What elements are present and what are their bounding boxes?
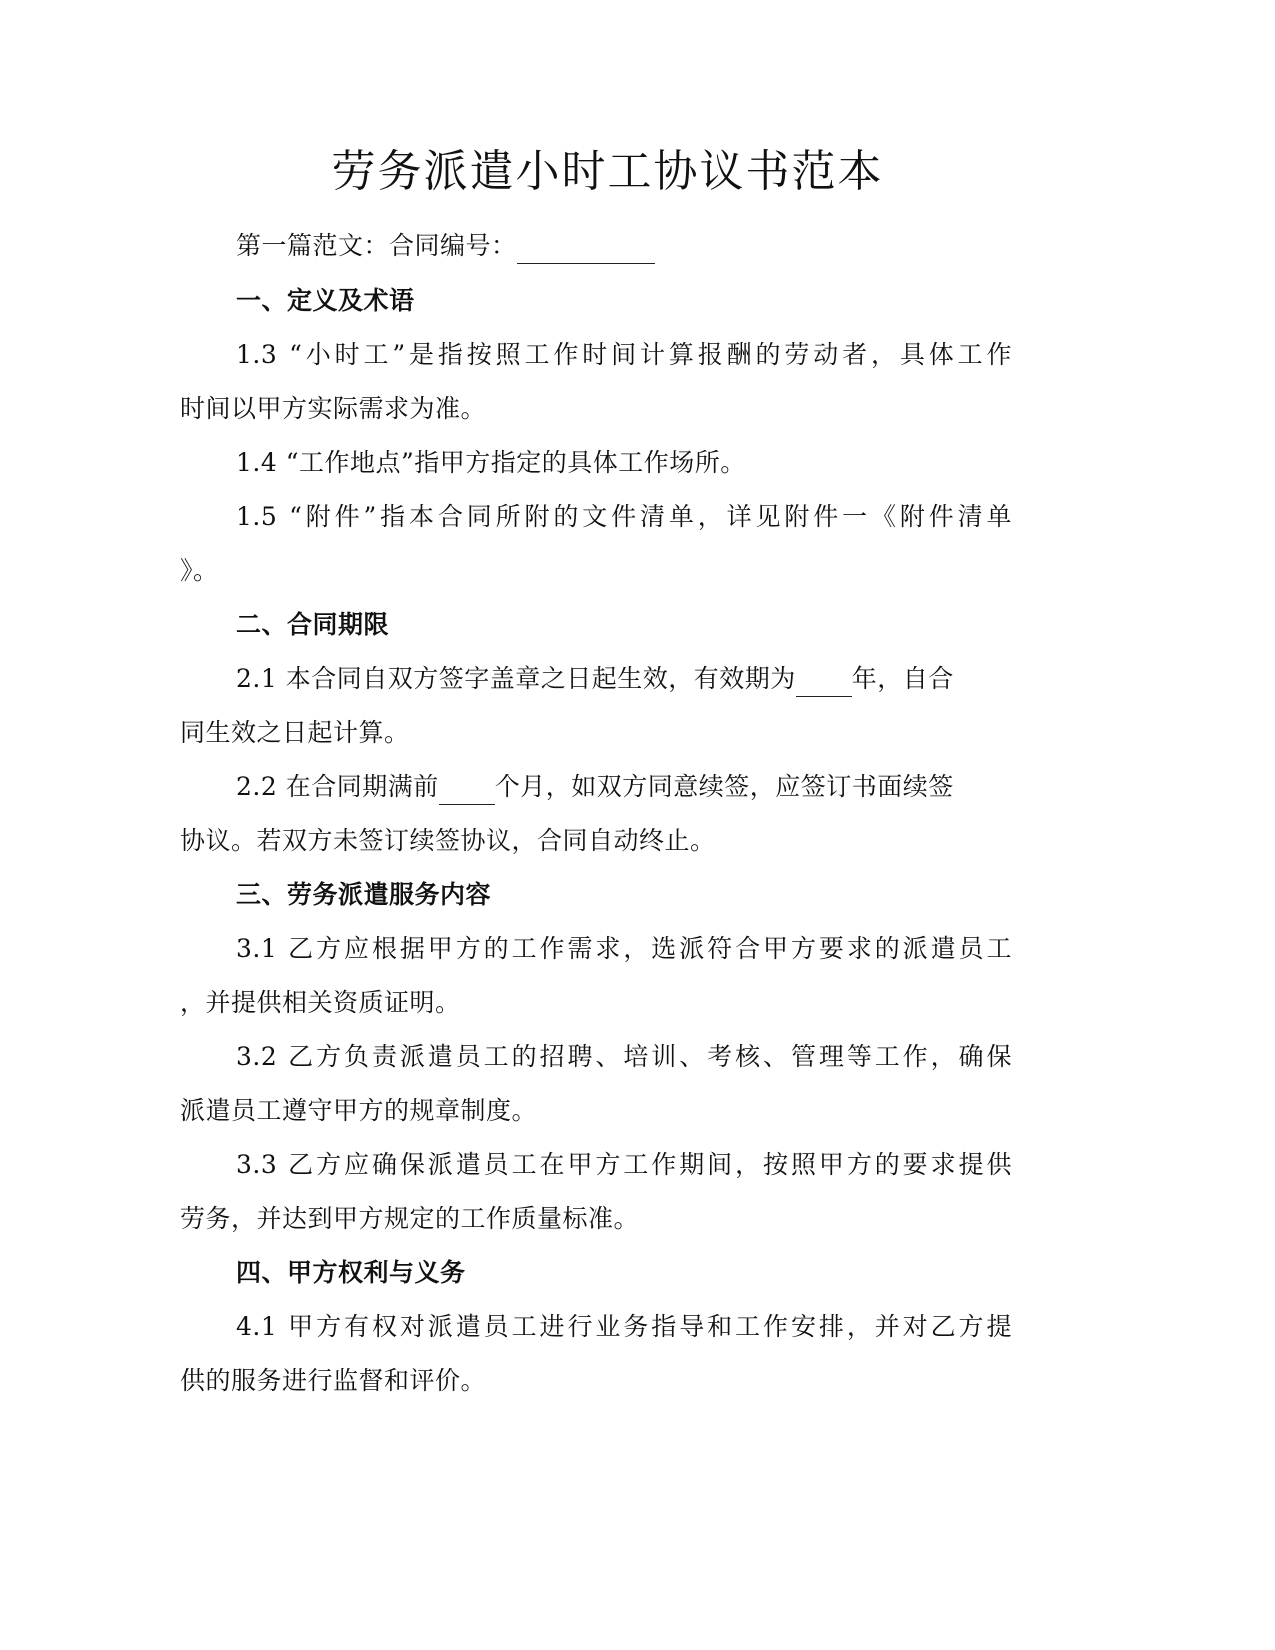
clause-3-2-line2: 派遣员工遵守甲方的规章制度。 (180, 1093, 1012, 1129)
section-heading-3: 三、劳务派遣服务内容 (236, 877, 1012, 913)
clause-3-3-line1: 3.3 乙方应确保派遣员工在甲方工作期间，按照甲方的要求提供 (236, 1147, 1012, 1183)
clause-2-2-line1: 2.2 在合同期满前个月，如双方同意续签，应签订书面续签 (236, 769, 1012, 805)
contract-number-line: 第一篇范文：合同编号： (236, 228, 1012, 264)
section-heading-1: 一、定义及术语 (236, 283, 1012, 319)
validity-years-blank[interactable] (796, 670, 852, 697)
clause-1-3-line1: 1.3 “小时工”是指按照工作时间计算报酬的劳动者，具体工作 (236, 337, 1012, 373)
clause-2-1-text-b: 年，自合 (852, 664, 954, 693)
clause-1-3-line2: 时间以甲方实际需求为准。 (180, 391, 1012, 427)
clause-3-1-line2: ，并提供相关资质证明。 (180, 985, 1012, 1021)
clause-1-4: 1.4 “工作地点”指甲方指定的具体工作场所。 (236, 445, 1012, 481)
document-title: 劳务派遣小时工协议书范本 (0, 142, 1215, 202)
contract-number-label: 第一篇范文：合同编号： (236, 231, 517, 260)
clause-3-3-line2: 劳务，并达到甲方规定的工作质量标准。 (180, 1201, 1012, 1237)
contract-number-blank[interactable] (517, 237, 655, 264)
clause-4-1-line2: 供的服务进行监督和评价。 (180, 1363, 1012, 1399)
clause-1-5-line2: 》。 (180, 553, 1012, 589)
clause-3-1-line1: 3.1 乙方应根据甲方的工作需求，选派符合甲方要求的派遣员工 (236, 931, 1012, 967)
clause-2-1-text-a: 2.1 本合同自双方签字盖章之日起生效，有效期为 (236, 664, 796, 693)
clause-1-5-line1: 1.5 “附件”指本合同所附的文件清单，详见附件一《附件清单 (236, 499, 1012, 535)
clause-3-2-line1: 3.2 乙方负责派遣员工的招聘、培训、考核、管理等工作，确保 (236, 1039, 1012, 1075)
clause-2-1-line1: 2.1 本合同自双方签字盖章之日起生效，有效期为年，自合 (236, 661, 1012, 697)
clause-2-2-text-a: 2.2 在合同期满前 (236, 772, 439, 801)
clause-4-1-line1: 4.1 甲方有权对派遣员工进行业务指导和工作安排，并对乙方提 (236, 1309, 1012, 1345)
section-heading-2: 二、合同期限 (236, 607, 1012, 643)
section-heading-4: 四、甲方权利与义务 (236, 1255, 1012, 1291)
renewal-months-blank[interactable] (439, 778, 495, 805)
clause-2-2-line2: 协议。若双方未签订续签协议，合同自动终止。 (180, 823, 1012, 859)
clause-2-1-line2: 同生效之日起计算。 (180, 715, 1012, 751)
clause-2-2-text-b: 个月，如双方同意续签，应签订书面续签 (495, 772, 954, 801)
